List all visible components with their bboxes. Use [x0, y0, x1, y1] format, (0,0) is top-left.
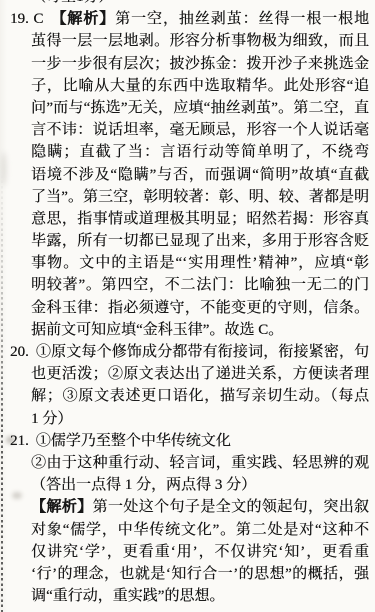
- line-text: 语境不涉及“隐瞒”与否，而强调“简明”故填“直截: [31, 167, 369, 183]
- line-text: 解；③原文表述更口语化，描写亲切生动。（每点: [31, 388, 369, 404]
- text-line: 解；③原文表述更口语化，描写亲切生动。（每点: [10, 385, 369, 407]
- text-line: 隐瞒；直截了当：言语行动等简单明了，不绕弯子。: [10, 141, 369, 163]
- text-line: 1 分）: [10, 408, 369, 430]
- text-line: 问”而与“拣选”无关，应填“抽丝剥茧”。第二空，直: [10, 97, 369, 119]
- line-text: 调“重行动，重实践”的思想。: [31, 588, 224, 604]
- line-text: 明较著”。第四空，不二法门：比喻独一无二的门径；: [31, 277, 369, 296]
- text-line: 19. C【解析】第一空，抽丝剥茧：丝得一根一根地抽，: [10, 8, 369, 30]
- text-line: 事物。文中的主语是“‘实用理性’精神”，应填“彰: [10, 252, 369, 274]
- line-text: 据前文可知应填“金科玉律”。故选 C。: [31, 322, 283, 338]
- line-text: 言不讳：说话坦率，毫无顾忌，形容一个人说话毫无: [31, 122, 369, 141]
- line-text: 金科玉律：指必须遵守，不能变更的守则，信条。根: [31, 300, 369, 319]
- line-text: ‘行’的理念，也就是‘知行合一’的思想”的概括，强: [31, 566, 369, 582]
- text-line: 茧得一层一层地剥。形容分析事物极为细致，而且: [10, 30, 369, 52]
- text-line: 意思，指事情或道理极其明显；昭然若揭：形容真相: [10, 208, 369, 230]
- item-number: 21.: [10, 433, 29, 449]
- line-text: 茧得一层一层地剥。形容分析事物极为细致，而且: [31, 33, 369, 49]
- text-line: 对象“儒学，中华传统文化”。第二处是对“这种不: [10, 519, 369, 541]
- line-text: 事物。文中的主语是“‘实用理性’精神”，应填“彰: [31, 255, 369, 271]
- item-number: 20.: [10, 344, 29, 360]
- line-text: 对象“儒学，中华传统文化”。第二处是对“这种不: [31, 522, 369, 538]
- text-line: 20.①原文每个修饰成分都带有衔接词，衔接紧密，句子: [10, 341, 369, 363]
- text-line: 一步一步很有层次；披沙拣金：拨开沙子来挑选金: [10, 53, 369, 75]
- line-text: 子，比喻从大量的东西中选取精华。此处形容“追: [31, 78, 369, 94]
- analysis-label: 【解析】: [50, 11, 115, 27]
- line-text: 仅讲究‘学’，更看重‘用’，不仅讲究‘知’，更看重: [31, 544, 369, 560]
- page-edge-dashed-line: [1, 170, 3, 612]
- analysis-label: 【解析】: [31, 499, 93, 515]
- line-text: （答出一点得 1 分，两点得 3 分）: [31, 477, 256, 493]
- line-text: 1 分）: [31, 411, 72, 427]
- text-line: 了当”。第三空，彰明较著：彰、明、较、著都是明显的: [10, 186, 369, 208]
- text-line: 【解析】第一处这个句子是全文的领起句，突出叙述: [10, 496, 369, 518]
- text-line: （答出一点得 1 分，两点得 3 分）: [10, 474, 369, 496]
- text-line: 金科玉律：指必须遵守，不能变更的守则，信条。根: [10, 297, 369, 319]
- line-text: 也更活泼；②原文表达出了递进关系，方便读者理: [31, 366, 369, 382]
- scan-smudge: [1, 152, 6, 186]
- line-text: 隐瞒；直截了当：言语行动等简单明了，不绕弯子。: [31, 144, 369, 163]
- line-text: 毕露，所有一切都已显现了出来，多用于形容含贬义: [31, 233, 369, 252]
- line-text: ①原文每个修饰成分都带有衔接词，衔接紧密，句子: [10, 344, 369, 363]
- answer-key-page: （每空1分）19. C【解析】第一空，抽丝剥茧：丝得一根一根地抽，茧得一层一层地…: [0, 0, 375, 612]
- text-line: 仅讲究‘学’，更看重‘用’，不仅讲究‘知’，更看重: [10, 541, 369, 563]
- text-line: 毕露，所有一切都已显现了出来，多用于形容含贬义: [10, 230, 369, 252]
- text-line: ②由于这种重行动、轻言词，重实践、轻思辨的观念，: [10, 452, 369, 474]
- text-line: 也更活泼；②原文表达出了递进关系，方便读者理: [10, 363, 369, 385]
- text-line: 语境不涉及“隐瞒”与否，而强调“简明”故填“直截: [10, 164, 369, 186]
- line-text: 意思，指事情或道理极其明显；昭然若揭：形容真相: [31, 211, 369, 230]
- answer-explanations: （每空1分）19. C【解析】第一空，抽丝剥茧：丝得一根一根地抽，茧得一层一层地…: [10, 0, 369, 607]
- text-line: 明较著”。第四空，不二法门：比喻独一无二的门径；: [10, 274, 369, 296]
- line-text: ①儒学乃至整个中华传统文化: [36, 433, 231, 449]
- text-line: 言不讳：说话坦率，毫无顾忌，形容一个人说话毫无: [10, 119, 369, 141]
- clipped-top-line: （每空1分）: [10, 0, 369, 8]
- line-text: 问”而与“拣选”无关，应填“抽丝剥茧”。第二空，直: [31, 100, 369, 116]
- line-text: 了当”。第三空，彰明较著：彰、明、较、著都是明显的: [31, 189, 369, 208]
- text-line: 21.①儒学乃至整个中华传统文化: [10, 430, 369, 452]
- text-line: 据前文可知应填“金科玉律”。故选 C。: [10, 319, 369, 341]
- item-number: 19. C: [10, 11, 43, 27]
- text-line: ‘行’的理念，也就是‘知行合一’的思想”的概括，强: [10, 563, 369, 585]
- text-line: 子，比喻从大量的东西中选取精华。此处形容“追: [10, 75, 369, 97]
- line-text: 一步一步很有层次；披沙拣金：拨开沙子来挑选金: [31, 56, 369, 72]
- line-text: （每空1分）: [31, 0, 114, 5]
- text-line: 调“重行动，重实践”的思想。: [10, 585, 369, 607]
- line-text: ②由于这种重行动、轻言词，重实践、轻思辨的观念，: [31, 455, 369, 474]
